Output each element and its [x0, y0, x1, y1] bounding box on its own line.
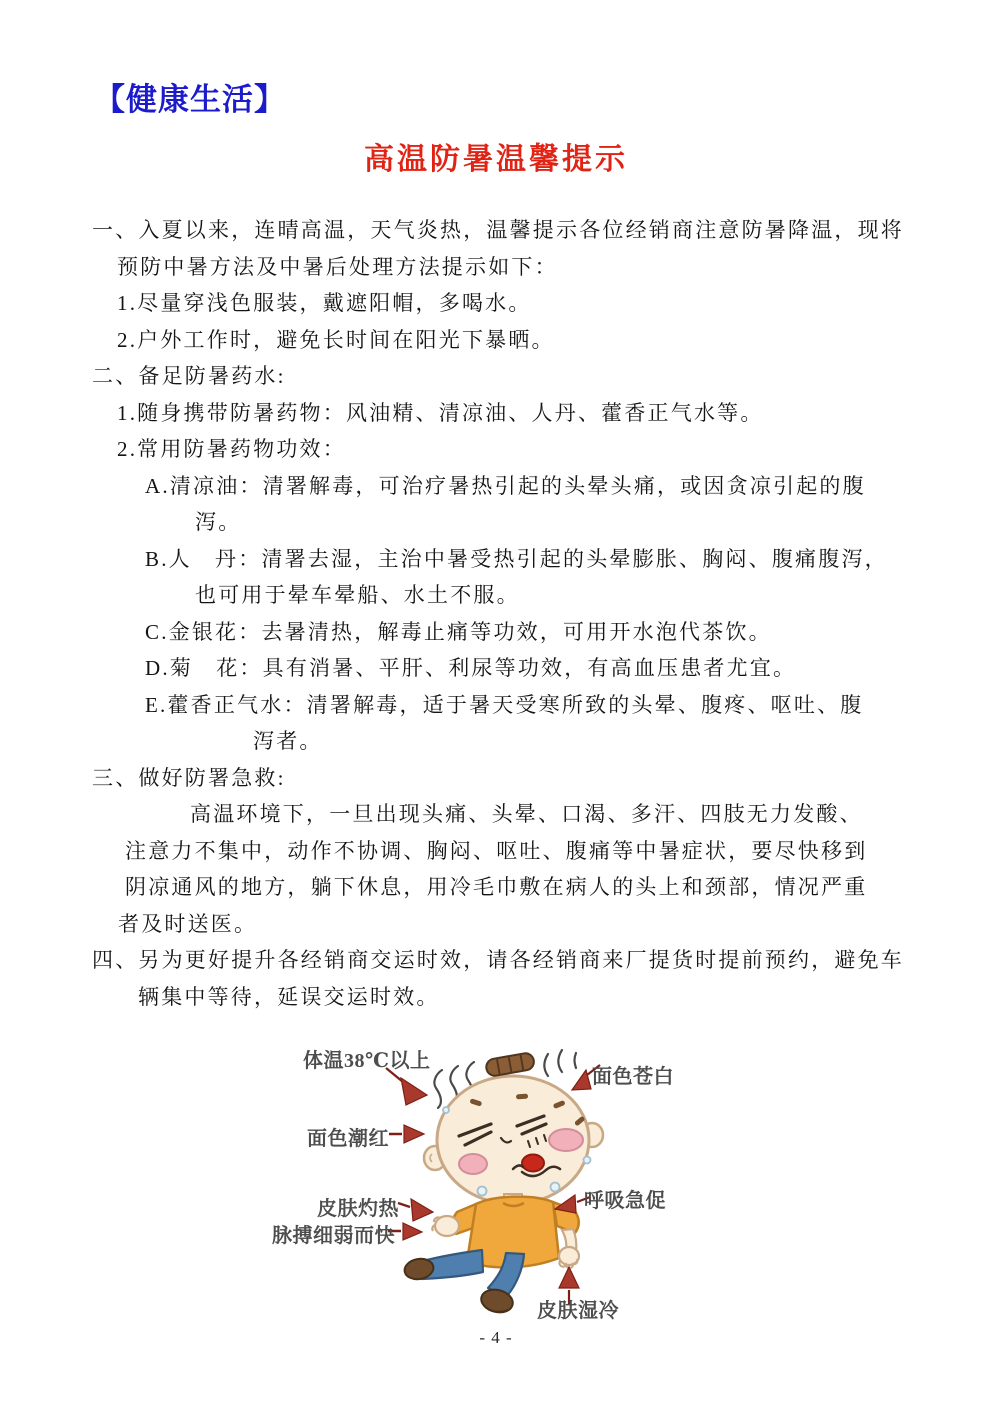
- body-line-17: 高温环境下，一旦出现头痛、头晕、口渴、多汗、四肢无力发酸、: [92, 796, 922, 833]
- symptom-label-flushed-face: 面色潮红: [307, 1122, 389, 1151]
- arrow-temp-above-38-head: [401, 1078, 427, 1105]
- body-line-5: 二、备足防暑药水:: [92, 358, 922, 395]
- body-line-4: 2.户外工作时，避免长时间在阳光下暴晒。: [92, 322, 922, 359]
- body-line-21: 四、另为更好提升各经销商交运时效，请各经销商来厂提货时提前预约，避免车: [92, 942, 922, 979]
- arrow-burning-skin: [398, 1203, 410, 1207]
- body-line-14: E.藿香正气水：清署解毒，适于暑天受寒所致的头晕、腹疼、呕吐、腹: [92, 687, 922, 724]
- body-line-3: 1.尽量穿浅色服装，戴遮阳帽，多喝水。: [92, 285, 922, 322]
- body-line-8: A.清凉油：清署解毒，可治疗暑热引起的头晕头痛，或因贪凉引起的腹: [92, 468, 922, 505]
- legs: [421, 1250, 524, 1296]
- arrow-weak-pulse-head: [403, 1223, 422, 1240]
- hair-tuft: [485, 1052, 535, 1077]
- body-line-12: C.金银花：去暑清热，解毒止痛等功效，可用开水泡代茶饮。: [92, 614, 922, 651]
- section-header: 【健康生活】: [94, 74, 286, 119]
- body-line-10: B.人 丹：清署去湿，主治中暑受热引起的头晕膨胀、胸闷、腹痛腹泻，: [92, 541, 922, 578]
- arrow-flushed-face-head: [404, 1125, 424, 1143]
- symptom-label-cold-wet-skin: 皮肤湿冷: [537, 1294, 619, 1323]
- arrow-burning-skin-head: [411, 1199, 433, 1221]
- body-line-22: 辆集中等待，延误交运时效。: [92, 979, 922, 1016]
- body-line-19: 阴凉通风的地方，躺下休息，用冷毛巾敷在病人的头上和颈部，情况严重: [92, 869, 922, 906]
- body-line-16: 三、做好防署急救:: [92, 760, 922, 797]
- body-line-7: 2.常用防暑药物功效：: [92, 431, 922, 468]
- body-line-13: D.菊 花：具有消暑、平肝、利尿等功效，有高血压患者尤宜。: [92, 650, 922, 687]
- body-line-15: 泻者。: [92, 723, 922, 760]
- body-line-2: 预防中暑方法及中暑后处理方法提示如下：: [92, 249, 922, 286]
- body-line-18: 注意力不集中，动作不协调、胸闷、呕吐、腹痛等中暑症状，要尽快移到: [92, 833, 922, 870]
- body-line-1: 一、入夏以来，连晴高温，天气炎热，温馨提示各位经销商注意防暑降温，现将: [92, 212, 922, 249]
- body-line-20: 者及时送医。: [92, 906, 922, 943]
- arrow-cold-wet-skin-head: [559, 1267, 579, 1288]
- symptom-label-pale-face: 面色苍白: [592, 1060, 674, 1089]
- symptom-label-temp-above-38: 体温38℃以上: [303, 1044, 430, 1073]
- page-title: 高温防暑温馨提示: [0, 134, 992, 178]
- symptom-label-weak-fast-pulse: 脉搏细弱而快: [272, 1219, 395, 1248]
- body-text: 一、入夏以来，连晴高温，天气炎热，温馨提示各位经销商注意防暑降温，现将预防中暑方…: [92, 212, 922, 1015]
- symptom-label-burning-skin: 皮肤灼热: [317, 1192, 399, 1221]
- symptom-label-rapid-breathing: 呼吸急促: [584, 1184, 666, 1213]
- page-number: - 4 -: [0, 1328, 992, 1348]
- body-line-6: 1.随身携带防暑药物：风油精、清凉油、人丹、藿香正气水等。: [92, 395, 922, 432]
- body-line-9: 泻。: [92, 504, 922, 541]
- document-page: 【健康生活】 高温防暑温馨提示 一、入夏以来，连晴高温，天气炎热，温馨提示各位经…: [0, 0, 992, 1403]
- body-line-11: 也可用于晕车晕船、水土不服。: [92, 577, 922, 614]
- heatstroke-illustration: 体温38℃以上 面色苍白 面色潮红 皮肤灼热 脉搏细弱而快 呼吸急促 皮肤湿冷: [270, 1040, 720, 1340]
